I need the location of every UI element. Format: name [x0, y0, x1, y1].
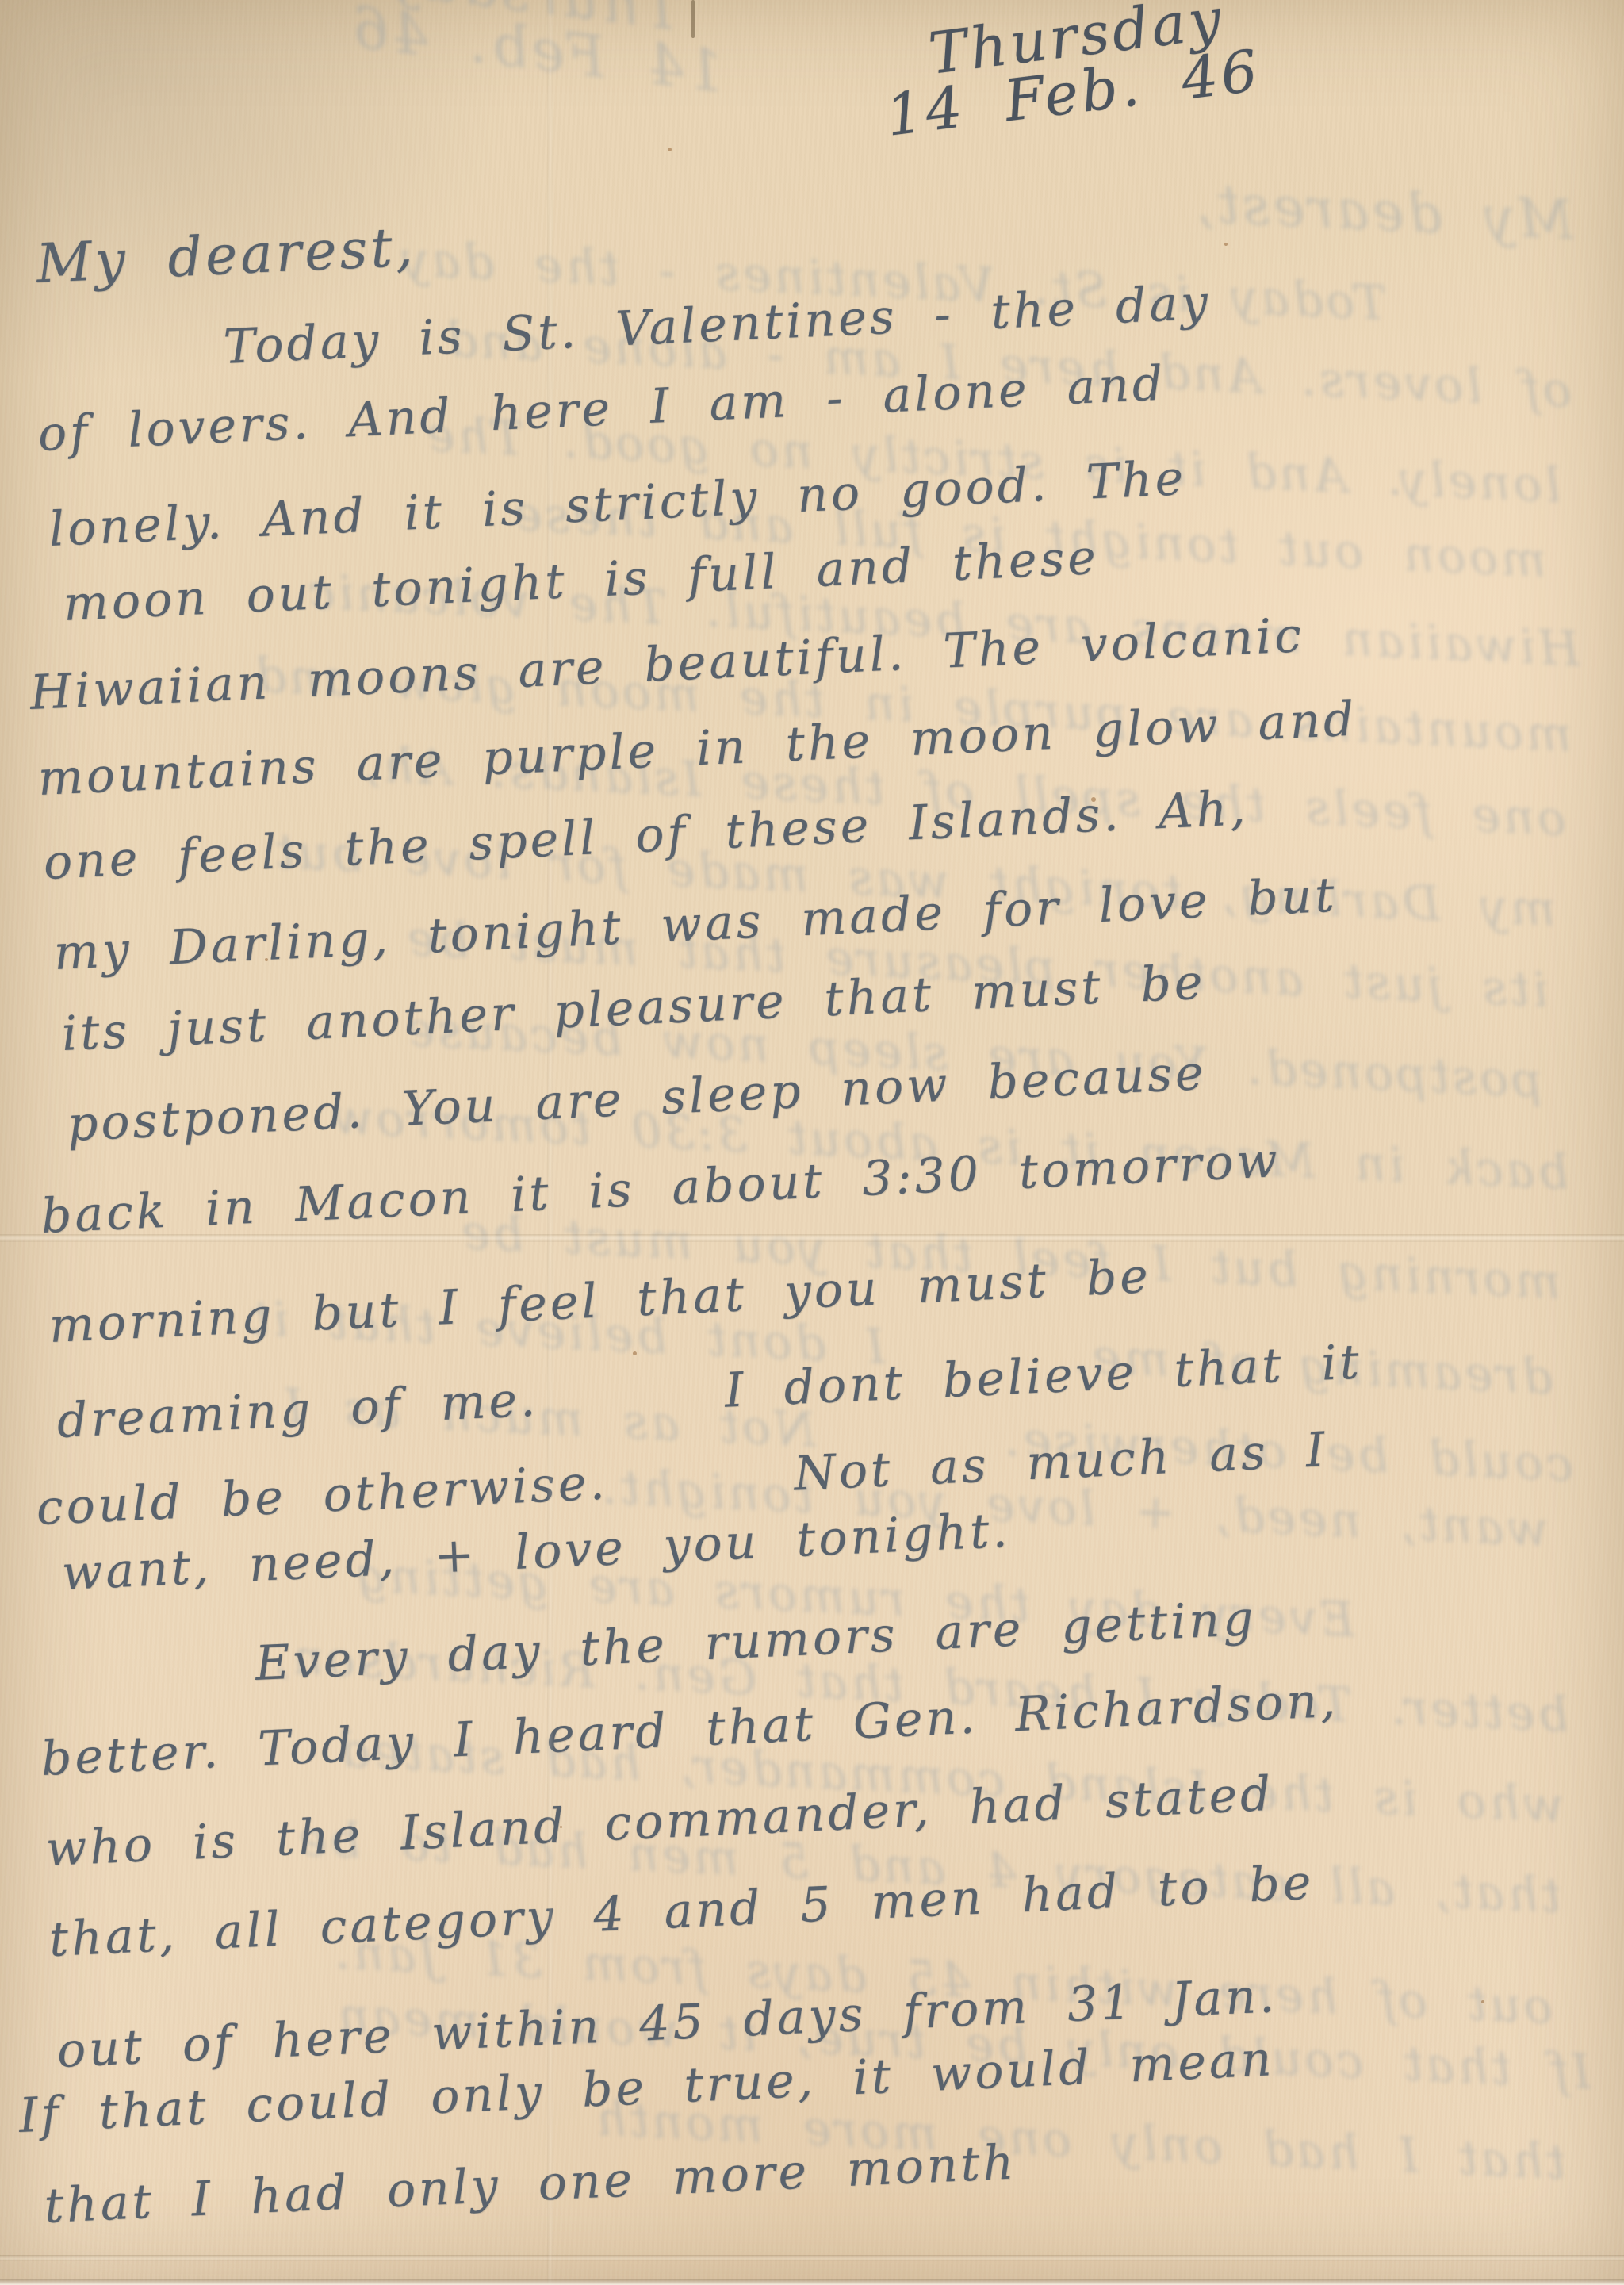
foxing-speck [1224, 243, 1228, 246]
fold-mark-top [691, 0, 695, 38]
fold-crease-vertical [547, 0, 553, 2285]
foxing-speck [265, 958, 268, 961]
fold-crease-horizontal [0, 1234, 1624, 1242]
foxing-speck [560, 1826, 562, 1828]
foxing-speck [1091, 797, 1096, 802]
foxing-speck [633, 1351, 637, 1355]
foxing-speck [1481, 2000, 1484, 2003]
foxing-speck [668, 148, 672, 151]
fold-crease-bottom [0, 2255, 1624, 2261]
scan-edge-shadow-bottom [0, 2279, 1624, 2285]
letter-page: Thursday 14 Feb. 46 My dearest, Today is… [0, 0, 1624, 2285]
salutation: My dearest, [35, 211, 417, 301]
handwriting-layer: Thursday 14 Feb. 46 My dearest, Today is… [0, 0, 1624, 2285]
